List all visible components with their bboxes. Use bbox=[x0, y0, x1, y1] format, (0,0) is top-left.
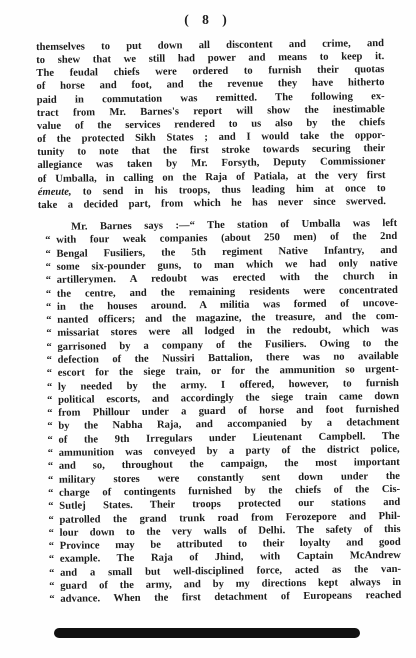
hanging-quote-mark: “ bbox=[46, 341, 51, 354]
hanging-quote-mark: “ bbox=[48, 500, 53, 513]
text-line: take a decided part, from which he has n… bbox=[38, 195, 386, 212]
hanging-quote-mark: “ bbox=[49, 567, 54, 580]
page-number: ( 8 ) bbox=[0, 12, 416, 28]
hanging-quote-mark: “ bbox=[49, 553, 54, 566]
hanging-quote-mark: “ bbox=[46, 287, 51, 300]
paragraph-1: themselves to put down all discontent an… bbox=[36, 37, 386, 212]
hanging-quote-mark: “ bbox=[47, 354, 52, 367]
text-line: “advance. When the first detachment of E… bbox=[60, 589, 401, 606]
hanging-quote-mark: “ bbox=[47, 380, 52, 393]
scan-artifact-bar bbox=[54, 628, 360, 638]
hanging-quote-mark: “ bbox=[49, 580, 54, 593]
hanging-quote-mark: “ bbox=[47, 394, 52, 407]
hanging-quote-mark: “ bbox=[46, 301, 51, 314]
hanging-quote-mark: “ bbox=[45, 234, 50, 247]
hanging-quote-mark: “ bbox=[46, 314, 51, 327]
hanging-quote-mark: “ bbox=[47, 434, 52, 447]
hanging-quote-mark: “ bbox=[48, 460, 53, 473]
hanging-quote-mark: “ bbox=[49, 540, 54, 553]
hanging-quote-mark: “ bbox=[48, 513, 53, 526]
hanging-quote-mark: “ bbox=[49, 593, 54, 606]
document-page: ( 8 ) themselves to put down all discont… bbox=[0, 0, 416, 658]
hanging-quote-mark: “ bbox=[47, 367, 52, 380]
hanging-quote-mark: “ bbox=[48, 447, 53, 460]
hanging-quote-mark: “ bbox=[49, 527, 54, 540]
hanging-quote-mark: “ bbox=[46, 327, 51, 340]
hanging-quote-mark: “ bbox=[47, 420, 52, 433]
hanging-quote-mark: “ bbox=[48, 487, 53, 500]
hanging-quote-mark: “ bbox=[48, 474, 53, 487]
hanging-quote-mark: “ bbox=[45, 247, 50, 260]
hanging-quote-mark: “ bbox=[47, 407, 52, 420]
scanned-text-block: themselves to put down all discontent an… bbox=[36, 37, 400, 607]
hanging-quote-mark: “ bbox=[45, 261, 50, 274]
hanging-quote-mark: “ bbox=[46, 274, 51, 287]
paragraph-2: Mr. Barnes says :—“ The station of Umbal… bbox=[45, 217, 401, 607]
